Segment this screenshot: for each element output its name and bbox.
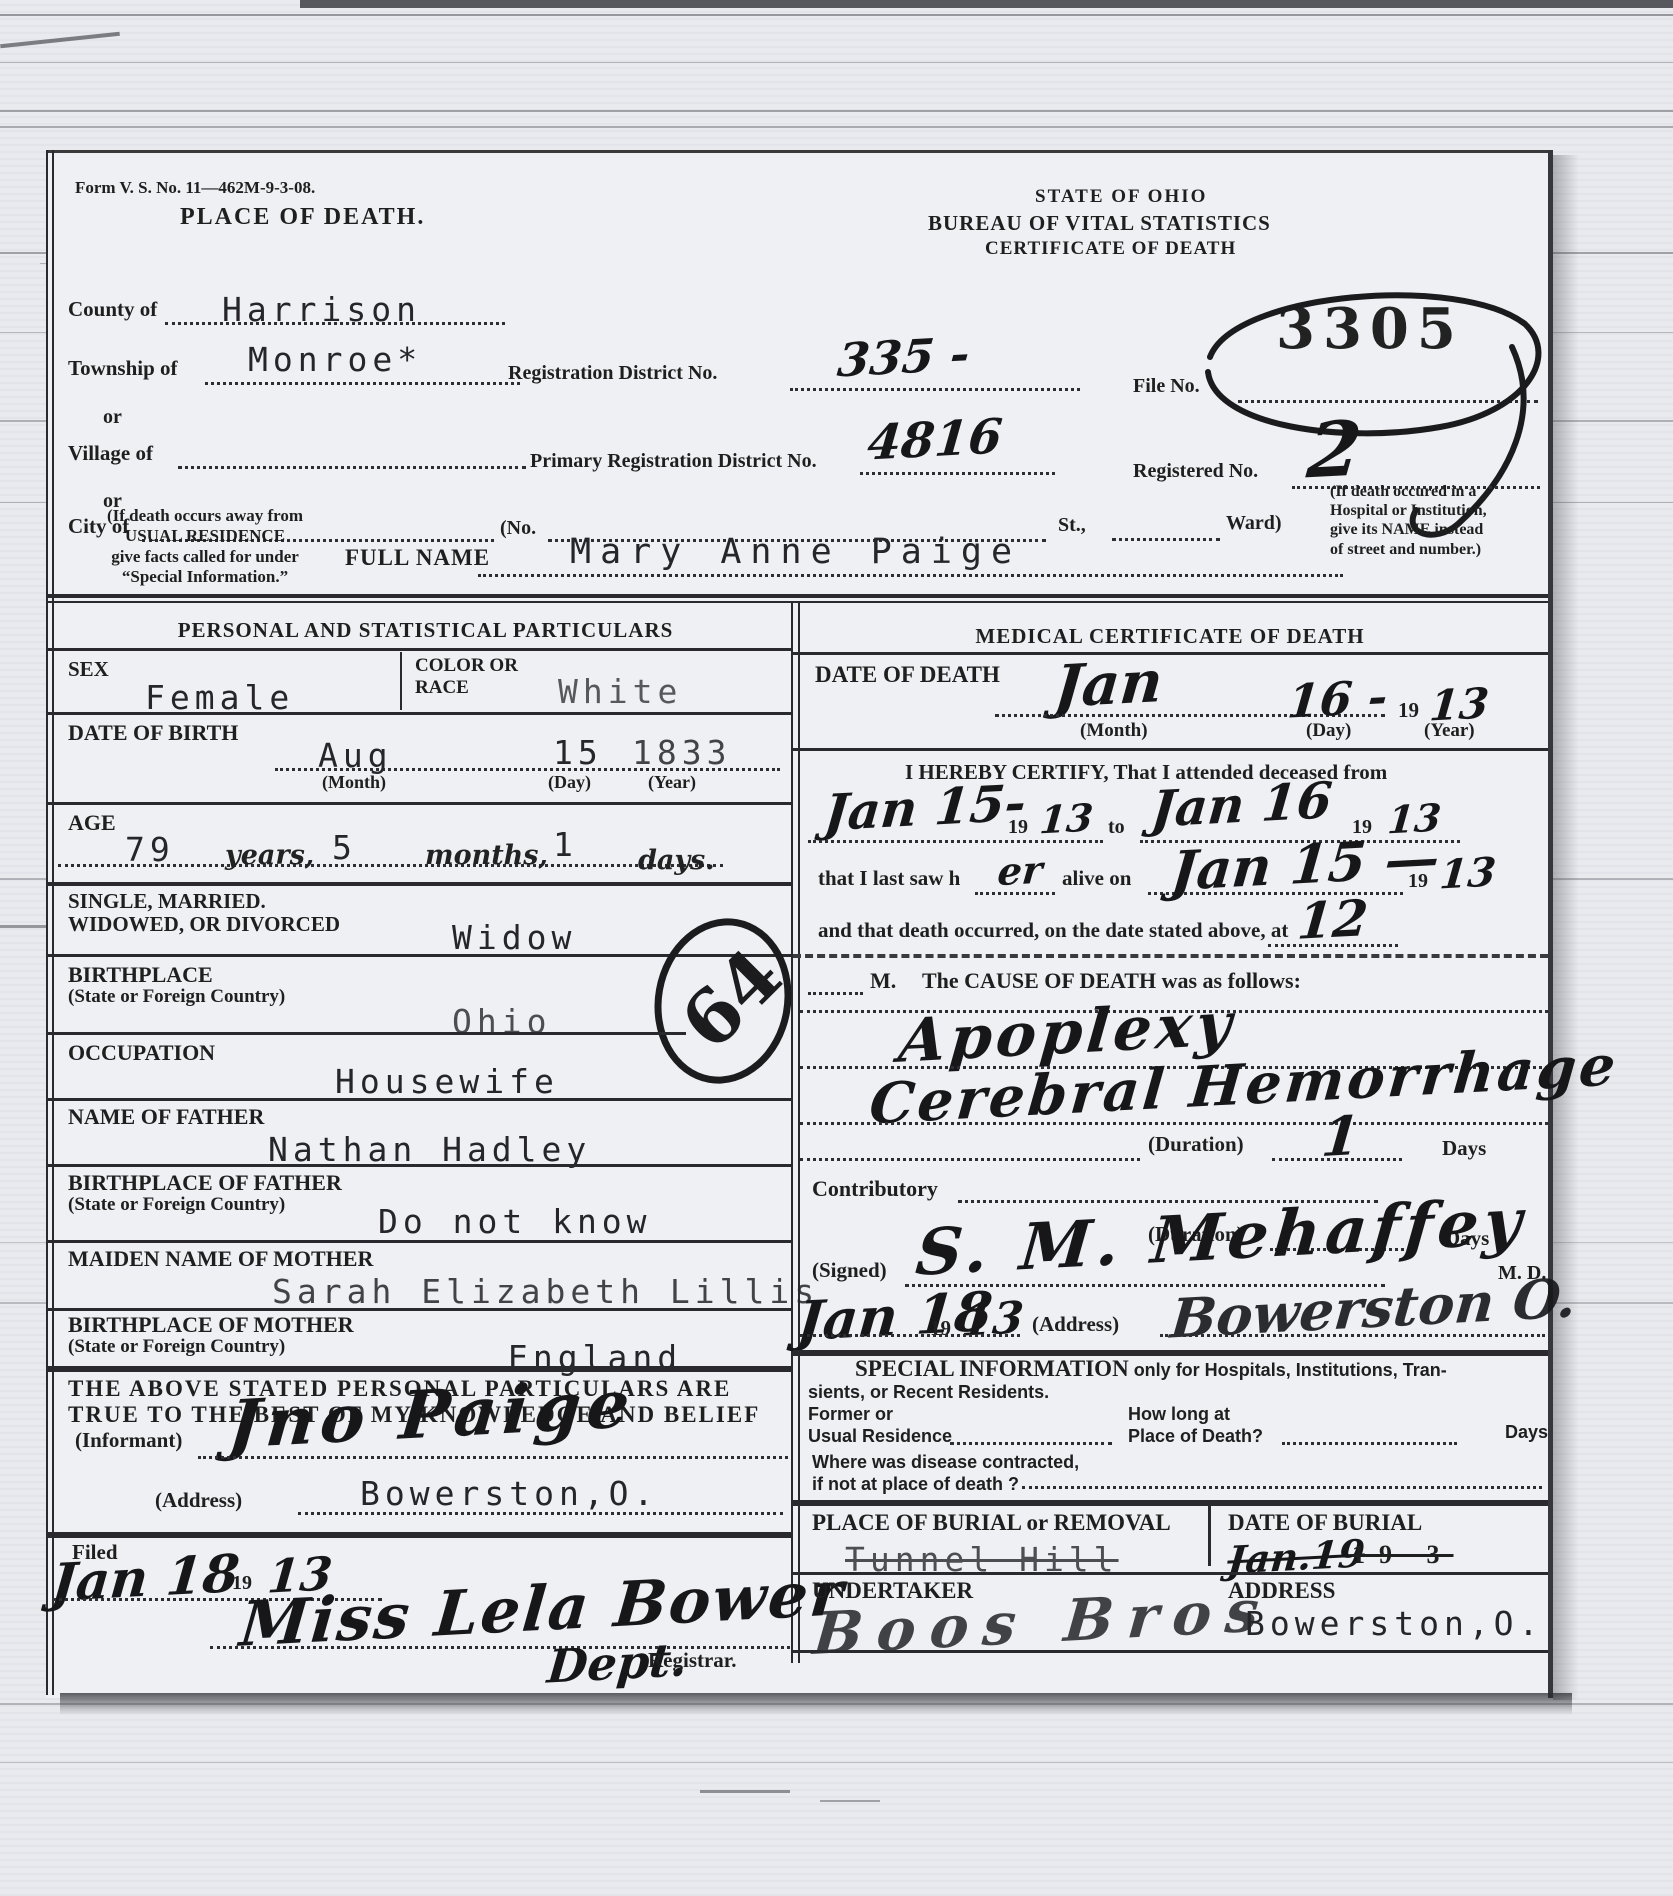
city-ward-label: Ward): [1226, 512, 1282, 535]
mother-birthplace-state-caption: (State or Foreign Country): [68, 1336, 285, 1358]
dotted-line: [800, 1122, 1548, 1125]
informant-address-label: (Address): [155, 1488, 242, 1513]
last-saw-gender: er: [996, 847, 1044, 894]
primary-registration-value: 4816: [865, 409, 1004, 472]
color-race-value: White: [558, 672, 682, 711]
m-label: M.: [870, 968, 896, 994]
dod-year-prefix: 19: [1398, 698, 1419, 723]
burial-place-label: PLACE OF BURIAL or REMOVAL: [812, 1510, 1171, 1536]
dotted-line: [790, 388, 1080, 391]
form-number: Form V. S. No. 11—462M-9-3-08.: [75, 178, 315, 198]
dotted-line: [1268, 944, 1398, 947]
or-label-1: or: [103, 406, 122, 429]
to-label: to: [1108, 816, 1125, 839]
dod-month-caption: (Month): [1080, 720, 1148, 742]
dotted-line: [808, 840, 1103, 843]
attended-from-year-suffix: 13: [1038, 795, 1095, 843]
scan-artifact: [0, 110, 1673, 112]
full-name-label: FULL NAME: [345, 545, 490, 571]
thick-rule: [46, 1366, 793, 1372]
personal-section-title: PERSONAL AND STATISTICAL PARTICULARS: [68, 618, 783, 643]
dotted-line: [1160, 1334, 1545, 1337]
scan-artifact: [820, 1800, 880, 1802]
rule: [46, 802, 793, 805]
rule: [46, 1240, 793, 1243]
signed-year-prefix: 19: [930, 1316, 951, 1341]
village-label: Village of: [68, 441, 153, 466]
attended-from-year-prefix: 19: [1008, 816, 1028, 839]
death-occurred-label: and that death occurred, on the date sta…: [818, 918, 1288, 943]
birthplace-label: BIRTHPLACE: [68, 962, 213, 988]
scan-artifact: [0, 126, 1673, 128]
dotted-line: [198, 1456, 788, 1459]
dod-day-caption: (Day): [1306, 720, 1351, 742]
age-months-value: 5: [332, 828, 357, 867]
former-residence-label: Former or Usual Residence: [808, 1404, 952, 1447]
rule: [46, 1164, 793, 1167]
signed-address-label: (Address): [1032, 1312, 1119, 1337]
thick-rule: [46, 1532, 793, 1538]
county-value: Harrison: [222, 290, 421, 329]
month-caption: (Month): [322, 772, 386, 793]
dotted-line: [178, 466, 526, 469]
dotted-line: [58, 864, 723, 867]
dotted-line: [1282, 1442, 1457, 1445]
attended-to-date: Jan 16: [1149, 770, 1335, 838]
special-information-bold: SPECIAL INFORMATION: [855, 1356, 1129, 1381]
dashed-rule: [793, 954, 1548, 958]
place-of-death-title: PLACE OF DEATH.: [180, 204, 425, 231]
mother-birthplace-label: BIRTHPLACE OF MOTHER: [68, 1312, 354, 1338]
special-information-line2: sients, or Recent Residents.: [808, 1382, 1049, 1403]
signed-year-suffix: 13: [960, 1292, 1026, 1346]
father-birthplace-value: Do not know: [378, 1202, 652, 1241]
death-occurred-time: 12: [1295, 888, 1370, 951]
informant-address-value: Bowerston,O.: [360, 1474, 658, 1513]
scan-artifact: [0, 32, 120, 49]
date-of-death-label: DATE OF DEATH: [815, 662, 1000, 688]
occupation-value: Housewife: [335, 1062, 559, 1101]
county-label: County of: [68, 297, 157, 322]
dotted-line: [205, 382, 520, 385]
cell-divider: [1208, 1500, 1211, 1566]
last-saw-year-suffix: 13: [1438, 849, 1498, 899]
marital-status-label: SINGLE, MARRIED. WIDOWED, OR DIVORCED: [68, 890, 340, 936]
scan-artifact: [0, 1762, 1673, 1763]
dod-year-caption: (Year): [1424, 720, 1475, 742]
dob-month-value: Aug: [318, 736, 393, 775]
last-saw-label: that I last saw h: [818, 866, 960, 891]
dob-year-value: 1833: [632, 733, 731, 772]
city-no-label: (No.: [500, 517, 536, 540]
township-label: Township of: [68, 356, 178, 381]
registered-no-label: Registered No.: [1133, 460, 1258, 483]
father-name-label: NAME OF FATHER: [68, 1104, 264, 1130]
rule: [46, 648, 793, 651]
dotted-line: [478, 574, 1343, 577]
attended-from-date: Jan 15-: [822, 773, 1029, 842]
day-caption: (Day): [548, 772, 591, 793]
cell-divider: [400, 652, 402, 710]
medical-section-title: MEDICAL CERTIFICATE OF DEATH: [800, 624, 1540, 649]
special-information-line1: SPECIAL INFORMATION only for Hospitals, …: [855, 1356, 1447, 1382]
registration-district-value: 335 -: [835, 327, 972, 388]
year-caption: (Year): [648, 772, 696, 793]
contributory-label: Contributory: [812, 1176, 938, 1202]
occupation-label: OCCUPATION: [68, 1040, 215, 1066]
township-value: Monroe*: [248, 340, 422, 379]
dod-month-value: Jan: [1052, 647, 1166, 721]
age-months-caption: months,: [425, 840, 548, 871]
section-rule: [46, 594, 1548, 598]
residence-note: (If death occurs away from USUAL RESIDEN…: [60, 506, 350, 588]
scan-artifact: [700, 1790, 790, 1793]
mother-maiden-name-label: MAIDEN NAME OF MOTHER: [68, 1246, 373, 1272]
how-long-days-label: Days: [1505, 1422, 1548, 1443]
burial-date-year: 19 3: [1352, 1540, 1454, 1570]
rule: [46, 1308, 793, 1311]
rule: [46, 712, 793, 715]
sex-label: SEX: [68, 657, 109, 682]
dotted-line: [1022, 1486, 1542, 1489]
date-of-birth-label: DATE OF BIRTH: [68, 720, 238, 746]
rule: [793, 1572, 1548, 1575]
state-header-line2: BUREAU OF VITAL STATISTICS: [928, 211, 1271, 236]
rule: [793, 748, 1548, 751]
registration-district-label: Registration District No.: [508, 362, 717, 385]
rule: [46, 882, 793, 886]
last-saw-year-prefix: 19: [1408, 870, 1428, 893]
duration-label: (Duration): [1148, 1132, 1244, 1157]
hospital-note: (If death occured in a Hospital or Insti…: [1330, 482, 1550, 559]
scan-shadow-bottom: [60, 1693, 1572, 1715]
informant-label: (Informant): [75, 1428, 182, 1453]
signed-label: (Signed): [812, 1258, 887, 1283]
age-label: AGE: [68, 810, 116, 836]
dotted-line: [975, 892, 1055, 895]
rule: [793, 1650, 1548, 1653]
primary-registration-label: Primary Registration District No.: [530, 450, 817, 473]
age-days-value: 1: [553, 825, 578, 864]
state-header-line1: STATE OF OHIO: [1035, 186, 1207, 208]
marital-status-value: Widow: [452, 918, 576, 957]
scan-artifact: [0, 14, 1673, 16]
mother-maiden-name-value: Sarah Elizabeth Lillis: [272, 1272, 819, 1311]
dotted-line: [1112, 538, 1220, 541]
how-long-label: How long at Place of Death?: [1128, 1404, 1263, 1447]
cause-of-death-label: The CAUSE OF DEATH was as follows:: [922, 968, 1301, 994]
duration-value: 1: [1319, 1103, 1362, 1169]
scan-artifact: [0, 62, 1673, 63]
full-name-value: Mary Anne Paige: [570, 532, 1021, 572]
alive-on-label: alive on: [1062, 866, 1131, 891]
dotted-line: [860, 472, 1055, 475]
father-birthplace-state-caption: (State or Foreign Country): [68, 1194, 285, 1216]
state-header-line3: CERTIFICATE OF DEATH: [985, 238, 1236, 260]
special-information-rest: only for Hospitals, Institutions, Tran-: [1129, 1360, 1447, 1380]
city-st-label: St.,: [1058, 514, 1086, 537]
dotted-line: [800, 1158, 1140, 1161]
dotted-line: [950, 1442, 1112, 1445]
dotted-line: [800, 1334, 1020, 1337]
dob-day-value: 15: [553, 733, 603, 772]
birthplace-value: Ohio: [452, 1002, 551, 1041]
undertaker-address-value: Bowerston,O.: [1245, 1604, 1543, 1643]
age-years-caption: years,: [225, 840, 314, 871]
birthplace-state-caption: (State or Foreign Country): [68, 986, 285, 1008]
dotted-line: [298, 1512, 783, 1515]
registrar-label: Registrar.: [648, 1648, 736, 1673]
form-left-border: [46, 150, 54, 1695]
age-days-caption: days.: [638, 845, 715, 876]
rule: [46, 1098, 793, 1101]
filed-date: Jan 18: [49, 1543, 242, 1614]
scan-artifact: [300, 0, 1673, 8]
thick-rule: [793, 1500, 1548, 1506]
rule: [793, 652, 1548, 655]
scanned-page: Form V. S. No. 11—462M-9-3-08. PLACE OF …: [0, 0, 1673, 1896]
dotted-line: [808, 992, 863, 995]
rule: [46, 1032, 686, 1035]
color-race-label: COLOR OR RACE: [415, 655, 518, 699]
father-birthplace-label: BIRTHPLACE OF FATHER: [68, 1170, 342, 1196]
duration-days-label: Days: [1442, 1136, 1486, 1161]
